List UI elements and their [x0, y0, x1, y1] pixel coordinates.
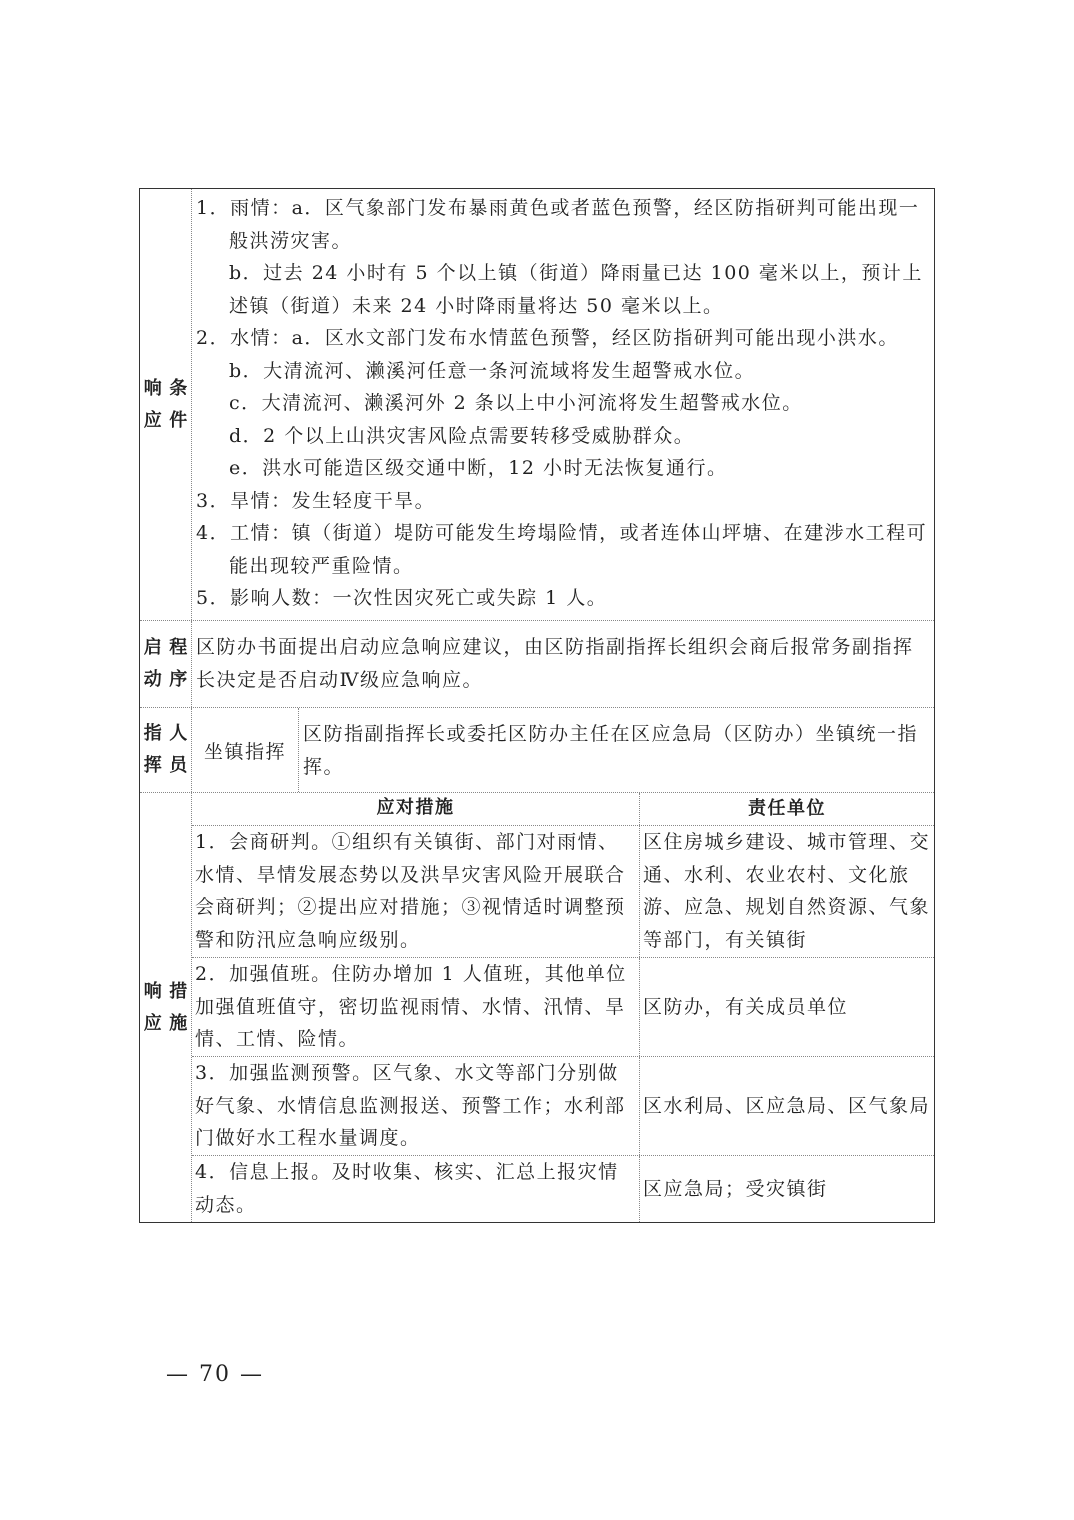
command-row: 指挥人员 坐镇指挥 区防指副指挥长或委托区防办主任在区应急局（区防办）坐镇统一指… — [140, 707, 934, 792]
command-label: 指挥人员 — [140, 708, 192, 792]
measure-text: 3．加强监测预警。区气象、水文等部门分别做好气象、水情信息监测报送、预警工作；水… — [192, 1057, 640, 1155]
measure-text: 2．加强值班。住防办增加 1 人值班，其他单位加强值班值守，密切监视雨情、水情、… — [192, 958, 640, 1056]
measures-row: 响应措施 应对措施 责任单位 1．会商研判。①组织有关镇街、部门对雨情、水情、旱… — [140, 792, 934, 1222]
measure-text: 1．会商研判。①组织有关镇街、部门对雨情、水情、旱情发展态势以及洪旱灾害风险开展… — [192, 826, 640, 957]
condition-item: b．过去 24 小时有 5 个以上镇（街道）降雨量已达 100 毫米以上，预计上… — [196, 257, 930, 322]
measure-row: 2．加强值班。住防办增加 1 人值班，其他单位加强值班值守，密切监视雨情、水情、… — [192, 957, 934, 1056]
condition-item: e．洪水可能造区级交通中断，12 小时无法恢复通行。 — [196, 452, 930, 485]
header-unit: 责任单位 — [640, 793, 934, 825]
condition-item: c．大清流河、濑溪河外 2 条以上中小河流将发生超警戒水位。 — [196, 387, 930, 420]
condition-item: 1．雨情：a．区气象部门发布暴雨黄色或者蓝色预警，经区防指研判可能出现一般洪涝灾… — [196, 192, 930, 257]
condition-item: 5．影响人数：一次性因灾死亡或失踪 1 人。 — [196, 582, 930, 615]
measure-text: 4．信息上报。及时收集、核实、汇总上报灾情动态。 — [192, 1156, 640, 1222]
condition-item: b．大清流河、濑溪河任意一条河流域将发生超警戒水位。 — [196, 355, 930, 388]
command-content: 区防指副指挥长或委托区防办主任在区应急局（区防办）坐镇统一指挥。 — [299, 708, 934, 792]
conditions-row: 响应条件 1．雨情：a．区气象部门发布暴雨黄色或者蓝色预警，经区防指研判可能出现… — [140, 189, 934, 620]
startup-content: 区防办书面提出启动应急响应建议，由区防指副指挥长组织会商后报常务副指挥长决定是否… — [192, 621, 934, 707]
measures-header: 应对措施 责任单位 — [192, 793, 934, 825]
conditions-content: 1．雨情：a．区气象部门发布暴雨黄色或者蓝色预警，经区防指研判可能出现一般洪涝灾… — [192, 189, 934, 620]
condition-item: d．2 个以上山洪灾害风险点需要转移受威胁群众。 — [196, 420, 930, 453]
response-table: 响应条件 1．雨情：a．区气象部门发布暴雨黄色或者蓝色预警，经区防指研判可能出现… — [139, 188, 935, 1223]
condition-item: 3．旱情：发生轻度干旱。 — [196, 485, 930, 518]
unit-text: 区防办，有关成员单位 — [640, 958, 934, 1056]
unit-text: 区住房城乡建设、城市管理、交通、水利、农业农村、文化旅游、应急、规划自然资源、气… — [640, 826, 934, 957]
startup-label: 启动程序 — [140, 621, 192, 707]
startup-row: 启动程序 区防办书面提出启动应急响应建议，由区防指副指挥长组织会商后报常务副指挥… — [140, 620, 934, 707]
command-sub-label: 坐镇指挥 — [192, 708, 299, 792]
condition-item: 2．水情：a．区水文部门发布水情蓝色预警，经区防指研判可能出现小洪水。 — [196, 322, 930, 355]
measure-row: 3．加强监测预警。区气象、水文等部门分别做好气象、水情信息监测报送、预警工作；水… — [192, 1056, 934, 1155]
condition-item: 4．工情：镇（街道）堤防可能发生垮塌险情，或者连体山坪塘、在建涉水工程可能出现较… — [196, 517, 930, 582]
header-measures: 应对措施 — [192, 793, 640, 825]
conditions-label: 响应条件 — [140, 189, 192, 620]
measures-label: 响应措施 — [140, 793, 192, 1222]
page-number: — 70 — — [166, 1362, 264, 1387]
measure-row: 4．信息上报。及时收集、核实、汇总上报灾情动态。 区应急局；受灾镇街 — [192, 1155, 934, 1222]
measure-row: 1．会商研判。①组织有关镇街、部门对雨情、水情、旱情发展态势以及洪旱灾害风险开展… — [192, 825, 934, 957]
measures-table: 应对措施 责任单位 1．会商研判。①组织有关镇街、部门对雨情、水情、旱情发展态势… — [192, 793, 934, 1222]
unit-text: 区应急局；受灾镇街 — [640, 1156, 934, 1222]
unit-text: 区水利局、区应急局、区气象局 — [640, 1057, 934, 1155]
